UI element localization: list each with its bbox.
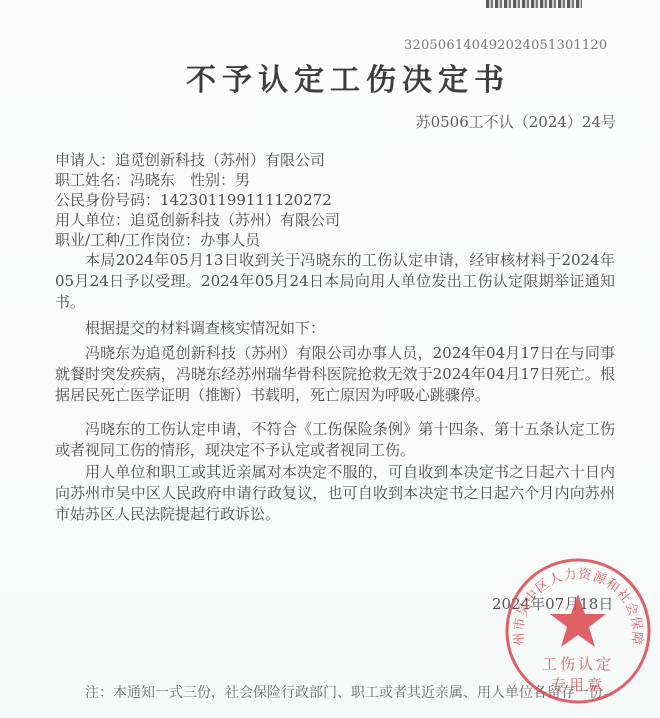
- field-id-number: 公民身份号码：142301199111120272: [55, 190, 332, 210]
- issue-date: 2024年07月18日: [492, 593, 613, 614]
- qr-code: [486, 0, 582, 8]
- document-page: 32050614049202405130112​0 不予认定工伤决定书 苏050…: [0, 0, 660, 718]
- official-seal-stamp: 苏州市吴中区人力资源和社会保障局 工伤认定 专用章: [503, 556, 653, 706]
- document-number: 苏0506工不认（2024）24号: [416, 111, 616, 132]
- paragraph-appeal-rights: 用人单位和职工或其近亲属对本决定不服的，可自收到本决定书之日起六十日内向苏州市吴…: [55, 462, 615, 525]
- footnote: 注：本通知一式三份，社会保险行政部门、职工或者其近亲属、用人单位各留存一份。: [55, 685, 635, 702]
- paragraph-facts: 冯晓东为追觅创新科技（苏州）有限公司办事人员，2024年04月17日在与同事就餐…: [55, 343, 615, 406]
- paragraph-receipt: 本局2024年05月13日收到关于冯晓东的工伤认定申请，经审核材料于2024年0…: [55, 250, 615, 313]
- field-occupation: 职业/工种/工作岗位：办事人员: [55, 230, 260, 250]
- svg-text:工伤认定: 工伤认定: [542, 655, 614, 673]
- field-applicant: 申请人：追觅创新科技（苏州）有限公司: [55, 150, 325, 170]
- document-title: 不予认定工伤决定书: [186, 55, 510, 99]
- paragraph-decision: 冯晓东的工伤认定申请，不符合《工伤保险条例》第十四条、第十五条认定工伤或者视同工…: [55, 419, 615, 461]
- field-employer: 用人单位：追觅创新科技（苏州）有限公司: [55, 210, 340, 230]
- serial-number: 32050614049202405130112​0: [404, 38, 607, 53]
- field-employee-name: 职工姓名：冯晓东 性别：男: [55, 170, 250, 190]
- paragraph-investigation-intro: 根据提交的材料调查核实情况如下：: [55, 318, 615, 339]
